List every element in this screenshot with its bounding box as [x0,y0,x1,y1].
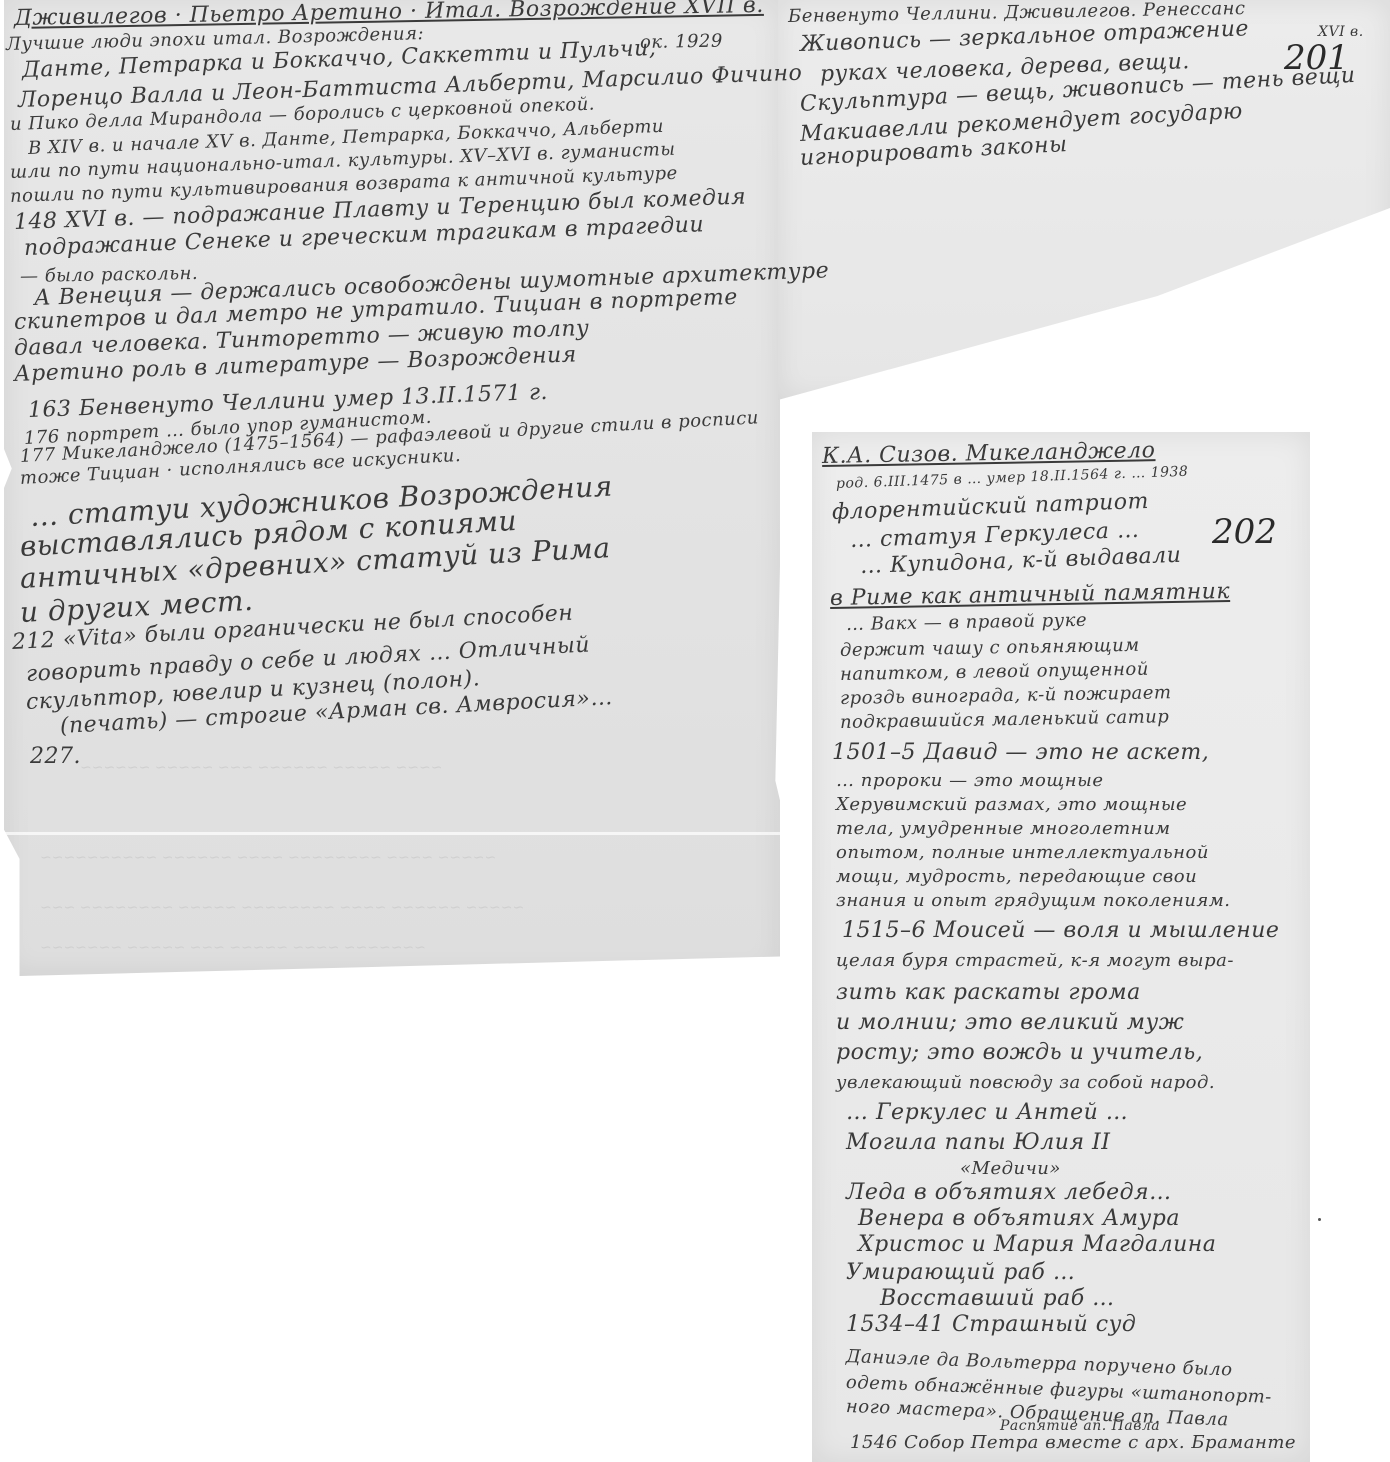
handwritten-line: опытом, полные интеллектуальной [836,842,1209,863]
page-reference: 227. [30,744,81,769]
handwritten-line: 1501–5 Давид — это не аскет, [832,740,1209,765]
handwritten-line: зить как раскаты грома [836,980,1141,1005]
bleed-through-text: ~~~~~ ~~~~~~ ~~~~ ~~~~~~~~ ~~~~~ ~~~~~~~… [40,900,524,916]
handwritten-line: увлекающий повсюду за собой народ. [836,1072,1215,1093]
bleed-through-text: ~~~~ ~~~~~ ~~~~~~ ~~~ ~~~~~ ~~~~~~ [80,760,442,776]
handwritten-line: Христос и Мария Магдалина [858,1232,1216,1257]
handwritten-line: и молнии; это великий муж [836,1010,1184,1035]
handwritten-line: Леда в объятиях лебедя… [846,1180,1172,1205]
handwritten-line: «Медичи» [960,1158,1061,1179]
handwritten-line: 1534–41 Страшный суд [846,1312,1136,1337]
handwritten-line: Могила папы Юлия II [846,1130,1110,1155]
handwritten-line: Восставший раб … [880,1286,1115,1311]
bleed-through-text: ~~~~~ ~~~~ ~~~~~~~~ ~~~~ ~~~~~~ ~~~~~~~~… [40,850,496,866]
folio-number: 202 [1212,512,1277,552]
handwritten-line: тела, умудренные многолетним [836,818,1171,839]
handwritten-line: Херувимский размах, это мощные [836,794,1187,815]
folio-number: 201 [1284,38,1349,78]
bleed-through-text: ~~~~~~~ ~~~~ ~~~~~ ~~~ ~~~~~ ~~~~~~~ [40,940,426,956]
handwritten-line: … Вакх — в правой руке [846,610,1087,635]
handwritten-line: … пророки — это мощные [836,770,1103,791]
handwritten-line: Умирающий раб … [846,1260,1075,1285]
handwritten-line: целая буря страстей, к-я могут выра- [836,950,1234,971]
handwritten-line: знания и опыт грядущим поколениям. [836,890,1230,911]
speck [1318,1218,1321,1221]
handwritten-line: 1546 Собор Петра вместе с арх. Браманте [850,1432,1296,1453]
handwritten-line: 1515–6 Моисей — воля и мышление [842,918,1279,943]
handwritten-line: росту; это вождь и учитель, [836,1040,1203,1065]
handwritten-line: мощи, мудрость, передающие свои [836,866,1197,887]
handwritten-line: … Геркулес и Антей … [846,1100,1128,1125]
paper-fold-crease [4,832,780,835]
handwritten-line: Венера в объятиях Амура [858,1206,1180,1231]
